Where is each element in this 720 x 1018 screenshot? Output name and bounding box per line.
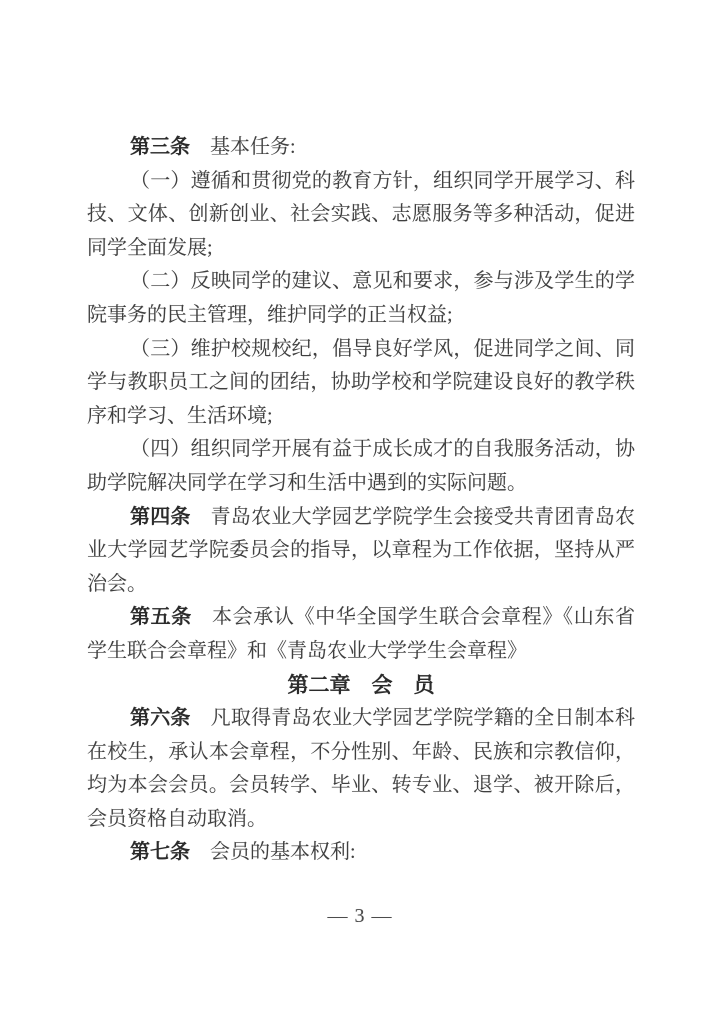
document-body: 第三条基本任务: （一）遵循和贯彻党的教育方针，组织同学开展学习、科技、文体、创… (87, 131, 635, 870)
article-number-label: 第六条 (130, 707, 191, 729)
article-number-label: 第七条 (130, 841, 190, 863)
article-text: 基本任务: (210, 136, 296, 158)
article-paragraph-7: 第七条会员的基本权利: (87, 836, 635, 870)
article-number-label: 第五条 (130, 606, 192, 628)
article-paragraph-3: 第三条基本任务: (87, 131, 635, 165)
document-page: 第三条基本任务: （一）遵循和贯彻党的教育方针，组织同学开展学习、科技、文体、创… (0, 0, 720, 1018)
clause-text: （四）组织同学开展有益于成长成才的自我服务活动，协助学院解决同学在学习和生活中遇… (87, 438, 635, 494)
article-paragraph-5: 第五条本会承认《中华全国学生联合会章程》《山东省学生联合会章程》和《青岛农业大学… (87, 601, 635, 668)
chapter-heading: 第二章 会 员 (87, 669, 635, 703)
article-number-label: 第四条 (130, 506, 191, 528)
article-paragraph-6: 第六条凡取得青岛农业大学园艺学院学籍的全日制本科在校生，承认本会章程，不分性别、… (87, 702, 635, 836)
clause-text: （二）反映同学的建议、意见和要求，参与涉及学生的学院事务的民主管理，维护同学的正… (87, 270, 635, 326)
page-number: — 3 — (0, 905, 720, 928)
clause-item-4: （四）组织同学开展有益于成长成才的自我服务活动，协助学院解决同学在学习和生活中遇… (87, 433, 635, 500)
article-number-label: 第三条 (130, 136, 190, 158)
article-paragraph-4: 第四条青岛农业大学园艺学院学生会接受共青团青岛农业大学园艺学院委员会的指导，以章… (87, 501, 635, 602)
clause-item-3: （三）维护校规校纪，倡导良好学风，促进同学之间、同学与教职员工之间的团结，协助学… (87, 333, 635, 434)
clause-item-2: （二）反映同学的建议、意见和要求，参与涉及学生的学院事务的民主管理，维护同学的正… (87, 265, 635, 332)
clause-item-1: （一）遵循和贯彻党的教育方针，组织同学开展学习、科技、文体、创新创业、社会实践、… (87, 165, 635, 266)
clause-text: （三）维护校规校纪，倡导良好学风，促进同学之间、同学与教职员工之间的团结，协助学… (87, 338, 635, 427)
clause-text: （一）遵循和贯彻党的教育方针，组织同学开展学习、科技、文体、创新创业、社会实践、… (87, 170, 635, 259)
article-text: 会员的基本权利: (210, 841, 356, 863)
